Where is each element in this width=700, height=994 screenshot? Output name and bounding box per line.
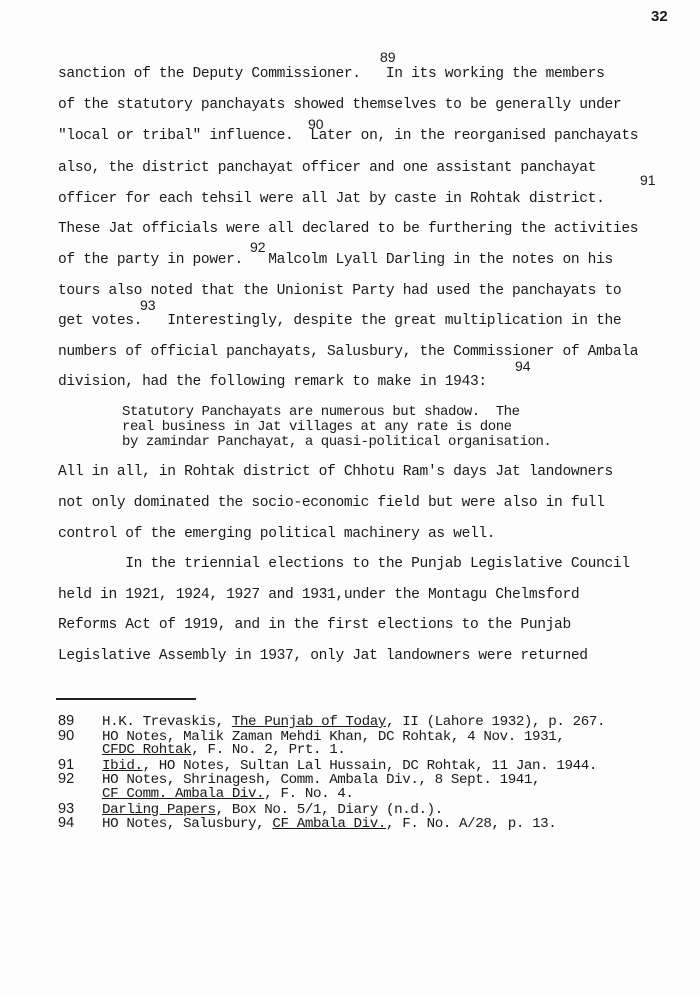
para1-line: numbers of official panchayats, Salusbur… xyxy=(58,344,638,360)
para2-line: control of the emerging political machin… xyxy=(58,526,495,542)
para3-line: held in 1921, 1924, 1927 and 1931,under … xyxy=(58,587,579,603)
para2-line: All in all, in Rohtak district of Chhotu… xyxy=(58,464,613,480)
footnote-marker: 94 xyxy=(515,359,531,373)
footnote-number: 92 xyxy=(58,772,102,787)
footnote-marker: 91 xyxy=(640,173,656,187)
footnote-text: , F. No. A/28, p. 13. xyxy=(386,816,556,832)
para2-line: not only dominated the socio-economic fi… xyxy=(58,495,605,511)
footnote-text: HO Notes, Salusbury, xyxy=(102,816,272,832)
para1-line: get votes. Interestingly, despite the gr… xyxy=(58,313,621,329)
footnote-entry: 94HO Notes, Salusbury, CF Ambala Div., F… xyxy=(58,816,556,832)
para1-line: These Jat officials were all declared to… xyxy=(58,221,638,237)
footnote-marker: 90 xyxy=(308,117,324,131)
footnote-text: , F. No. 4. xyxy=(264,786,353,802)
footnote-text: , F. No. 2, Prt. 1. xyxy=(191,742,345,758)
footnote-title: CF Ambala Div. xyxy=(272,816,386,832)
footnote-marker: 93 xyxy=(140,298,156,312)
para1-line: sanction of the Deputy Commissioner. In … xyxy=(58,66,605,82)
page-number: 32 xyxy=(651,8,668,25)
para3-line: Reforms Act of 1919, and in the first el… xyxy=(58,617,571,633)
para1-line: also, the district panchayat officer and… xyxy=(58,160,596,176)
para3-line: In the triennial elections to the Punjab… xyxy=(58,556,630,572)
footnote-entry: CF Comm. Ambala Div., F. No. 4. xyxy=(58,787,354,802)
footnote-entry: 89H.K. Trevaskis, The Punjab of Today, I… xyxy=(58,714,605,730)
para1-line: officer for each tehsil were all Jat by … xyxy=(58,191,605,207)
para1-line: of the party in power. Malcolm Lyall Dar… xyxy=(58,252,613,268)
footnote-marker: 89 xyxy=(380,50,396,64)
footnote-number: 89 xyxy=(58,714,102,729)
footnote-title: CFDC Rohtak xyxy=(102,742,191,758)
footnote-title: The Punjab of Today xyxy=(232,714,386,730)
footnote-entry: CFDC Rohtak, F. No. 2, Prt. 1. xyxy=(58,743,345,758)
footnote-text: , II (Lahore 1932), p. 267. xyxy=(386,714,605,730)
footnote-number: 90 xyxy=(58,729,102,744)
footnote-marker: 92 xyxy=(250,240,266,254)
footnote-title: CF Comm. Ambala Div. xyxy=(102,786,264,802)
quote-line: by zamindar Panchayat, a quasi-political… xyxy=(122,434,551,450)
para1-line: of the statutory panchayats showed thems… xyxy=(58,97,621,113)
footnote-text: H.K. Trevaskis, xyxy=(102,714,232,730)
para1-line: division, had the following remark to ma… xyxy=(58,374,487,390)
para1-line: "local or tribal" influence. Later on, i… xyxy=(58,128,638,144)
para3-line: Legislative Assembly in 1937, only Jat l… xyxy=(58,648,588,664)
footnote-separator xyxy=(56,698,196,700)
footnote-number: 94 xyxy=(58,816,102,831)
quote-line: Statutory Panchayats are numerous but sh… xyxy=(122,404,520,420)
quote-line: real business in Jat villages at any rat… xyxy=(122,419,512,435)
